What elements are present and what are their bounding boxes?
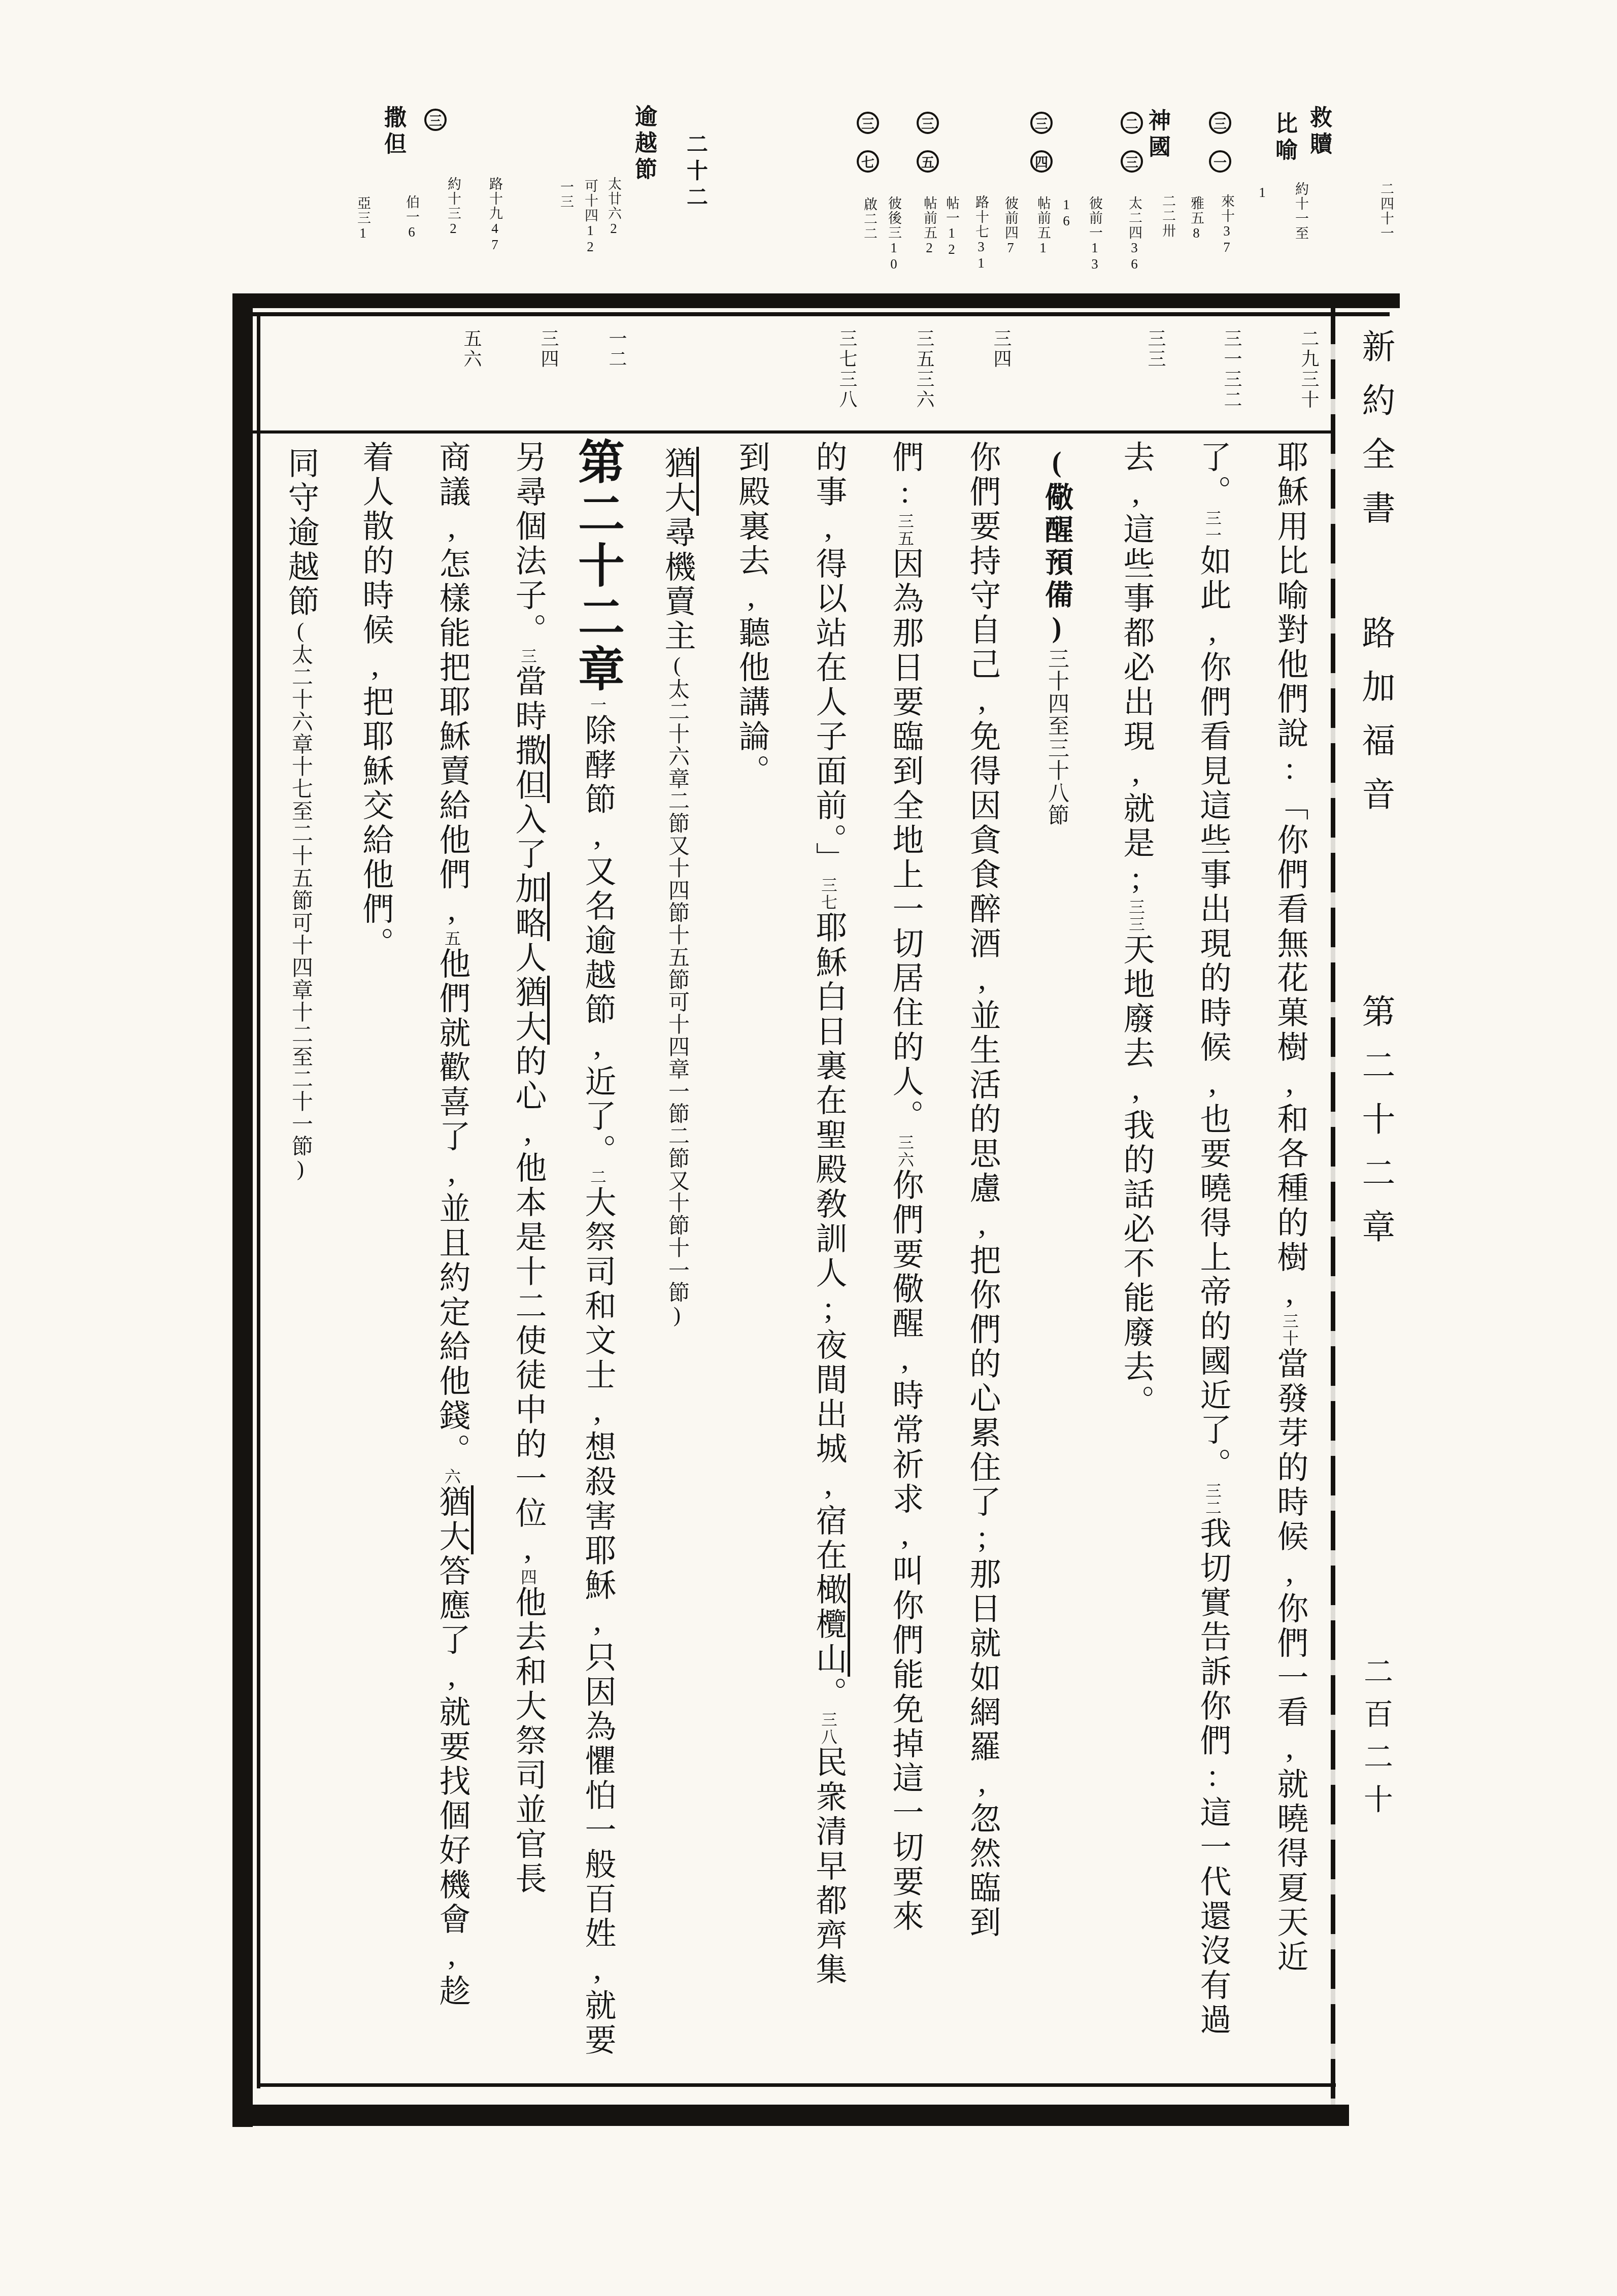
margin-reference-note: 帖一12 <box>943 196 960 258</box>
scripture-run: 耶穌白日裏在聖殿敎訓人;夜間出城,宿在 <box>811 911 846 1573</box>
verse-number: 三三 <box>1127 899 1145 933</box>
margin-reference-note: 來十37 <box>1218 194 1235 256</box>
scripture-run: 們: <box>888 441 922 513</box>
text-column: 你們要持守自己,免得因貪食醉酒,並生活的思慮,把你們的心累住了;那日就如網羅,忽… <box>949 441 1016 2111</box>
text-column: 耶穌用比喻對他們說:「你們看無花菓樹,和各種的樹,三十當發芽的時候,你們一看,就… <box>1256 441 1323 2111</box>
proper-name: 加略 <box>511 872 550 941</box>
verse-band-group: 三三 <box>1119 329 1167 377</box>
verse-number: 三七 <box>819 877 837 911</box>
margin-keyword-label: 救贖 <box>1302 106 1335 158</box>
scripture-run: 大祭司和文士,想殺害耶穌,只因為懼怕一般百姓,就要 <box>580 1186 615 2058</box>
verse-number: 三一 <box>1203 510 1222 544</box>
cross-reference: (太二十六章十七至二十五節可十四章十二至二十一節) <box>289 619 312 1182</box>
margin-reference-note: 16 <box>1058 197 1075 229</box>
verse-number: 三十 <box>1281 1313 1299 1347</box>
frame-left-border <box>232 293 253 2127</box>
margin-reference-note: 帖前五2 <box>921 196 938 256</box>
margin-reference-note: 約十一至 <box>1292 182 1309 241</box>
text-column: 到殿裏去,聽他講論。 <box>718 441 785 2111</box>
scripture-run: 你們要持守自己,免得因貪食醉酒,並生活的思慮,把你們的心累住了;那日就如網羅,忽… <box>965 441 999 1940</box>
verse-band-group: 一二 <box>580 329 628 353</box>
running-header-book-title: 新約全書 <box>1351 329 1399 544</box>
scripture-run: 尋機賣主 <box>660 516 694 654</box>
scripture-run: 到殿裏去,聽他講論。 <box>734 441 768 789</box>
margin-reference-note: 亞三1 <box>354 196 372 242</box>
scripture-run: 耶穌用比喻對他們說:「你們看無花菓樹,和各種的樹, <box>1272 441 1307 1313</box>
scripture-run: 去,這些事都必出現,就是; <box>1119 441 1153 899</box>
margin-reference-note: 路十七31 <box>972 195 990 272</box>
verse-band-group: 三四 <box>964 329 1013 377</box>
verse-number: 四 <box>519 1569 537 1586</box>
margin-reference-note: 路十九47 <box>486 177 503 253</box>
text-column: 猶大尋機賣主(太二十六章二節又十四節十五節可十四章一節二節又十節十一節) <box>644 447 711 2117</box>
cross-reference: (太二十六章二節又十四節十五節可十四章一節二節又十節十一節) <box>665 654 689 1328</box>
scripture-run: 着人散的時候,把耶穌交給他們。 <box>358 441 392 961</box>
scripture-run: 天地廢去,我的話必不能廢去。 <box>1119 933 1153 1419</box>
scripture-run: 如此,你們看見這些事出現的時候,也要曉得上帝的國近了。 <box>1195 544 1230 1482</box>
footnote-number-circle: 三 <box>1030 112 1053 134</box>
margin-reference-note: 一三 <box>557 180 575 209</box>
frame-top-inner-rule <box>239 312 1390 316</box>
margin-keyword-label: 逾越節 <box>627 105 660 184</box>
margin-reference-note: 彼前一13 <box>1086 196 1103 273</box>
scripture-run: 了。 <box>1195 441 1230 510</box>
margin-chapter-number: 二十二 <box>680 133 711 212</box>
margin-reference-note: 約十三2 <box>445 177 462 237</box>
margin-reference-note: 可十四12 <box>582 179 599 255</box>
proper-name: 橄欖山 <box>811 1573 850 1677</box>
book-page: 新約全書 路加福音 第二十二章 二百二十 二十二救贖比喻神國逾越節撒但三一二三三… <box>0 0 1617 2296</box>
scripture-run: 當發芽的時候,你們一看,就曉得夏天近 <box>1272 1347 1307 1975</box>
scripture-run: 人 <box>511 941 545 976</box>
verse-number: 一 <box>588 696 607 714</box>
scripture-run: 除酵節,又名逾越節,近了。 <box>580 714 615 1169</box>
section-heading: (儆醒預備) <box>1041 447 1072 648</box>
verse-band-group: 三一三二 <box>1195 329 1243 377</box>
text-column: 們:三五因為那日要臨到全地上一切居住的人。三六你們要儆醒,時常祈求,叫你們能免掉… <box>871 441 938 2111</box>
cross-reference: 三十四至三十八節 <box>1045 648 1068 826</box>
footnote-number-circle: 三 <box>917 112 939 134</box>
verse-band-group: 三四 <box>512 329 560 353</box>
scripture-run: 你們要儆醒,時常祈求,叫你們能免掉這一切要來 <box>888 1169 922 1934</box>
page-number: 二百二十 <box>1354 1656 1397 1826</box>
frame-right-border <box>1331 305 1335 2107</box>
text-column: 的事,得以站在人子面前。」三七耶穌白日裏在聖殿敎訓人;夜間出城,宿在橄欖山。三八… <box>795 441 862 2111</box>
margin-keyword-label: 神國 <box>1141 109 1173 161</box>
margin-keyword-label: 比喻 <box>1268 112 1300 164</box>
frame-top-border <box>232 293 1400 308</box>
scripture-run: 同守逾越節 <box>283 447 318 619</box>
text-column: 同守逾越節(太二十六章十七至二十五節可十四章十二至二十一節) <box>267 447 334 2117</box>
scripture-run: 入了 <box>511 803 545 872</box>
text-column: 另尋個法子。三當時撒但入了加略人猶大的心,他本是十二使徒中的一位,四他去和大祭司… <box>494 441 561 2111</box>
scripture-run: 。 <box>811 1677 846 1711</box>
margin-keyword-label: 撒但 <box>377 106 409 158</box>
verse-number: 三八 <box>819 1711 837 1746</box>
footnote-number-circle: 一 <box>1209 150 1231 173</box>
margin-reference-note: 太廿六2 <box>605 177 622 237</box>
verse-band-group: 三七三八 <box>810 329 859 377</box>
footnote-number-circle: 五 <box>917 150 939 173</box>
verse-number: 三六 <box>896 1134 914 1169</box>
footnote-number-circle: 三 <box>1121 150 1143 173</box>
scripture-run: 商議,怎樣能把耶穌賣給他們, <box>434 441 469 930</box>
frame-left-inner-rule <box>257 314 260 2088</box>
scripture-run: 當時 <box>511 665 545 734</box>
margin-reference-note: 二四十一 <box>1377 182 1395 241</box>
scripture-run: 因為那日要臨到全地上一切居住的人。 <box>888 547 922 1134</box>
proper-name: 猶大 <box>660 447 699 516</box>
scripture-run: 他們就歡喜了,並且約定給他錢。 <box>434 947 469 1468</box>
margin-reference-note: 啟二二 <box>861 197 878 241</box>
margin-reference-note: 1 <box>1254 185 1271 201</box>
verse-number: 三五 <box>896 513 914 547</box>
text-column: 去,這些事都必出現,就是;三三天地廢去,我的話必不能廢去。 <box>1102 441 1169 2111</box>
proper-name: 撒但 <box>511 734 550 803</box>
scripture-run: 的事,得以站在人子面前。」 <box>811 441 846 877</box>
verse-number: 六 <box>443 1468 461 1485</box>
scripture-run: 另尋個法子。 <box>511 441 545 648</box>
scripture-run: 答應了,就要找個好機會,趁 <box>434 1554 469 2009</box>
margin-reference-note: 雅五8 <box>1188 196 1205 242</box>
margin-reference-note: 太二四36 <box>1126 196 1143 273</box>
scripture-run: 的心,他本是十二使徒中的一位, <box>511 1045 545 1569</box>
verse-number: 三二 <box>1203 1482 1222 1517</box>
margin-reference-note: 彼後三10 <box>885 196 902 273</box>
running-header-chapter-title: 第二十二章 <box>1351 994 1399 1263</box>
text-column: 第二十二章一除酵節,又名逾越節,近了。二大祭司和文士,想殺害耶穌,只因為懼怕一般… <box>564 438 631 2108</box>
verse-band-group: 五六 <box>434 329 483 353</box>
chapter-heading: 第二十二章 <box>571 438 623 696</box>
verse-number: 五 <box>443 930 461 947</box>
margin-reference-note: 二二卅 <box>1159 194 1176 238</box>
text-column: 了。三一如此,你們看見這些事出現的時候,也要曉得上帝的國近了。三二我切實告訴你們… <box>1179 441 1246 2111</box>
footnote-number-circle: 三 <box>424 109 447 131</box>
footnote-number-circle: 四 <box>1030 150 1053 173</box>
margin-reference-note: 彼前四7 <box>1002 196 1019 256</box>
margin-reference-note: 伯一6 <box>403 195 420 241</box>
verse-number: 三 <box>519 648 537 665</box>
text-column: 着人散的時候,把耶穌交給他們。 <box>342 441 409 2111</box>
running-header-gospel-title: 路加福音 <box>1351 615 1399 830</box>
verse-band-group: 二九三十 <box>1272 329 1321 377</box>
verse-band-group: 三五三六 <box>887 329 936 377</box>
text-column: (儆醒預備)三十四至三十八節 <box>1023 447 1090 2117</box>
footnote-number-circle: 二 <box>1121 112 1143 134</box>
footnote-number-circle: 三 <box>857 112 879 134</box>
scripture-run: 民衆清早都齊集 <box>811 1746 846 1987</box>
proper-name: 猶大 <box>434 1485 474 1554</box>
scripture-run: 我切實告訴你們:這一代還沒有過 <box>1195 1517 1230 2038</box>
text-column: 商議,怎樣能把耶穌賣給他們,五他們就歡喜了,並且約定給他錢。六猶大答應了,就要找… <box>418 441 485 2111</box>
proper-name: 猶大 <box>511 976 550 1045</box>
margin-reference-note: 帖前五1 <box>1034 196 1052 256</box>
footnote-number-circle: 三 <box>1209 112 1231 134</box>
scripture-run: 他去和大祭司並官長 <box>511 1586 545 1896</box>
verse-number: 二 <box>588 1169 607 1186</box>
footnote-number-circle: 七 <box>857 150 879 173</box>
verse-band-rule <box>239 430 1334 434</box>
